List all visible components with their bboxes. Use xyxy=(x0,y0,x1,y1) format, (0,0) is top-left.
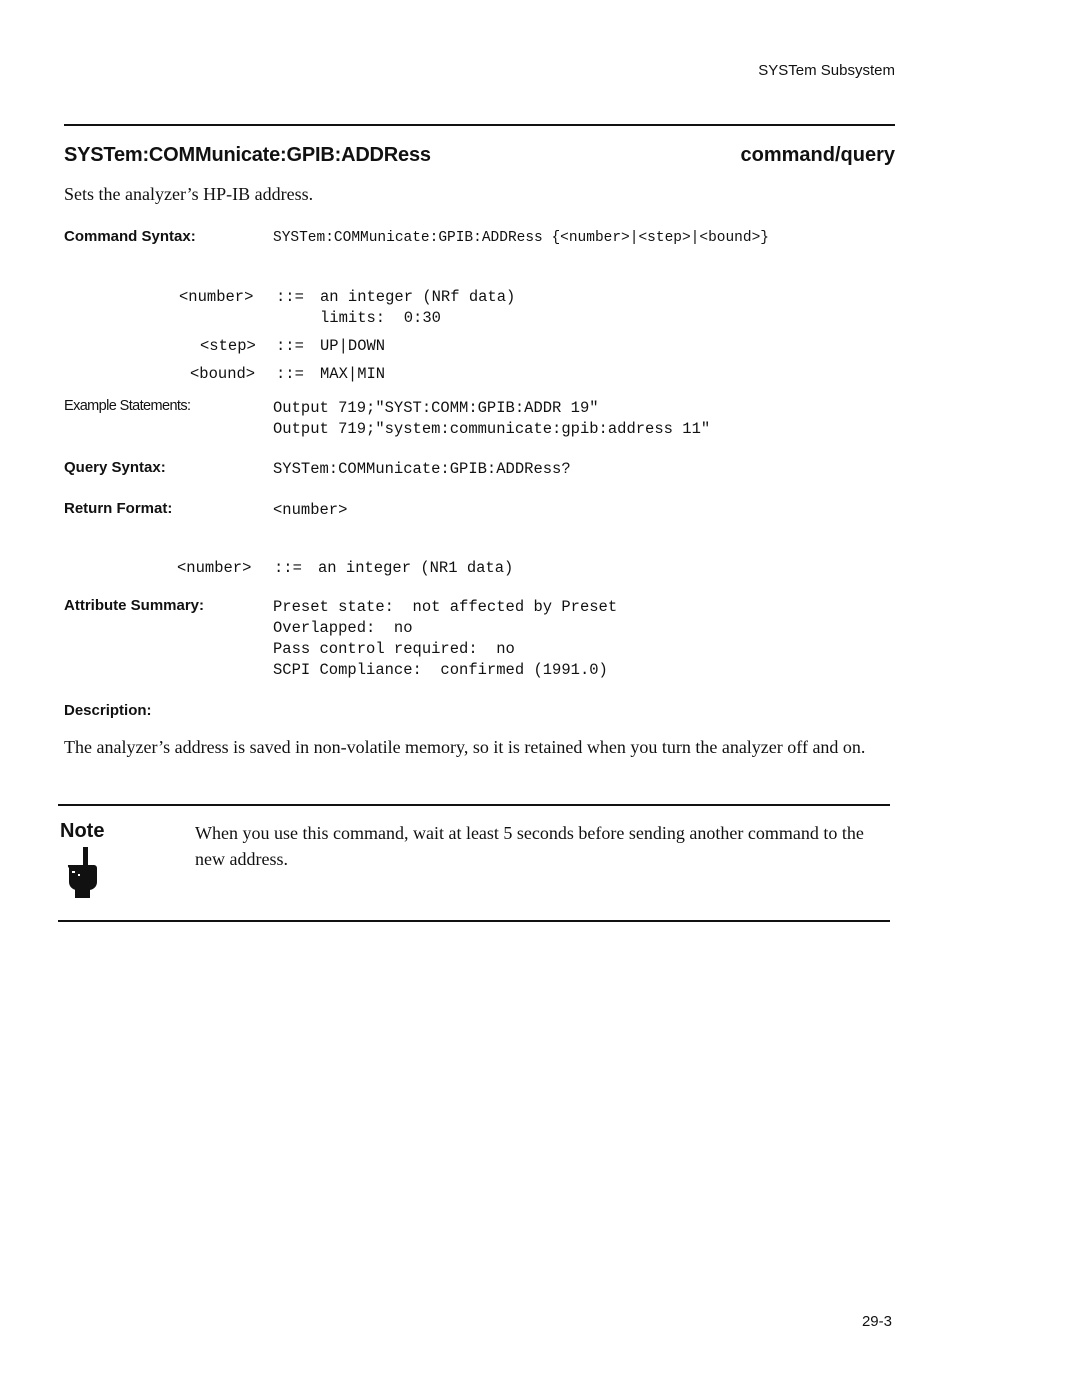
note-title: Note xyxy=(60,820,104,843)
pointing-hand-icon xyxy=(64,847,100,899)
description-label: Description: xyxy=(64,702,152,719)
example-statements-label: Example Statements: xyxy=(64,398,190,414)
command-syntax-value: SYSTem:COMMunicate:GPIB:ADDRess {<number… xyxy=(273,228,769,249)
def-value-step: UP|DOWN xyxy=(320,336,385,357)
def-limits-number: limits: 0:30 xyxy=(320,308,441,329)
query-syntax-label: Query Syntax: xyxy=(64,459,166,476)
lede-text: Sets the analyzer’s HP-IB address. xyxy=(64,184,313,205)
attribute-pass-control: Pass control required: no xyxy=(273,639,515,660)
def-term-step: <step> xyxy=(200,336,256,357)
attribute-summary-label: Attribute Summary: xyxy=(64,597,204,614)
query-syntax-value: SYSTem:COMMunicate:GPIB:ADDRess? xyxy=(273,459,571,480)
page-number: 29-3 xyxy=(862,1313,892,1330)
note-top-rule xyxy=(58,804,890,806)
return-format-label: Return Format: xyxy=(64,500,172,517)
def-term-bound: <bound> xyxy=(190,364,255,385)
note-bottom-rule xyxy=(58,920,890,922)
def-term-number: <number> xyxy=(179,287,253,308)
def-op-step: ::= xyxy=(276,336,304,357)
return-def-term: <number> xyxy=(177,558,251,579)
note-text: When you use this command, wait at least… xyxy=(195,820,875,872)
attribute-overlapped: Overlapped: no xyxy=(273,618,413,639)
def-op-bound: ::= xyxy=(276,364,304,385)
def-op-number: ::= xyxy=(276,287,304,308)
description-text: The analyzer’s address is saved in non-v… xyxy=(64,735,884,759)
return-def-op: ::= xyxy=(274,558,302,579)
example-statement-1: Output 719;"SYST:COMM:GPIB:ADDR 19" xyxy=(273,398,599,419)
attribute-preset: Preset state: not affected by Preset xyxy=(273,597,617,618)
command-syntax-label: Command Syntax: xyxy=(64,228,196,245)
command-title: SYSTem:COMMunicate:GPIB:ADDRess xyxy=(64,144,431,167)
return-def-value: an integer (NR1 data) xyxy=(318,558,513,579)
example-statement-2: Output 719;"system:communicate:gpib:addr… xyxy=(273,419,710,440)
header-rule xyxy=(64,124,895,126)
running-head: SYSTem Subsystem xyxy=(758,62,895,79)
command-kind: command/query xyxy=(741,144,895,167)
def-value-bound: MAX|MIN xyxy=(320,364,385,385)
return-format-value: <number> xyxy=(273,500,347,521)
attribute-scpi: SCPI Compliance: confirmed (1991.0) xyxy=(273,660,608,681)
def-value-number: an integer (NRf data) xyxy=(320,287,515,308)
